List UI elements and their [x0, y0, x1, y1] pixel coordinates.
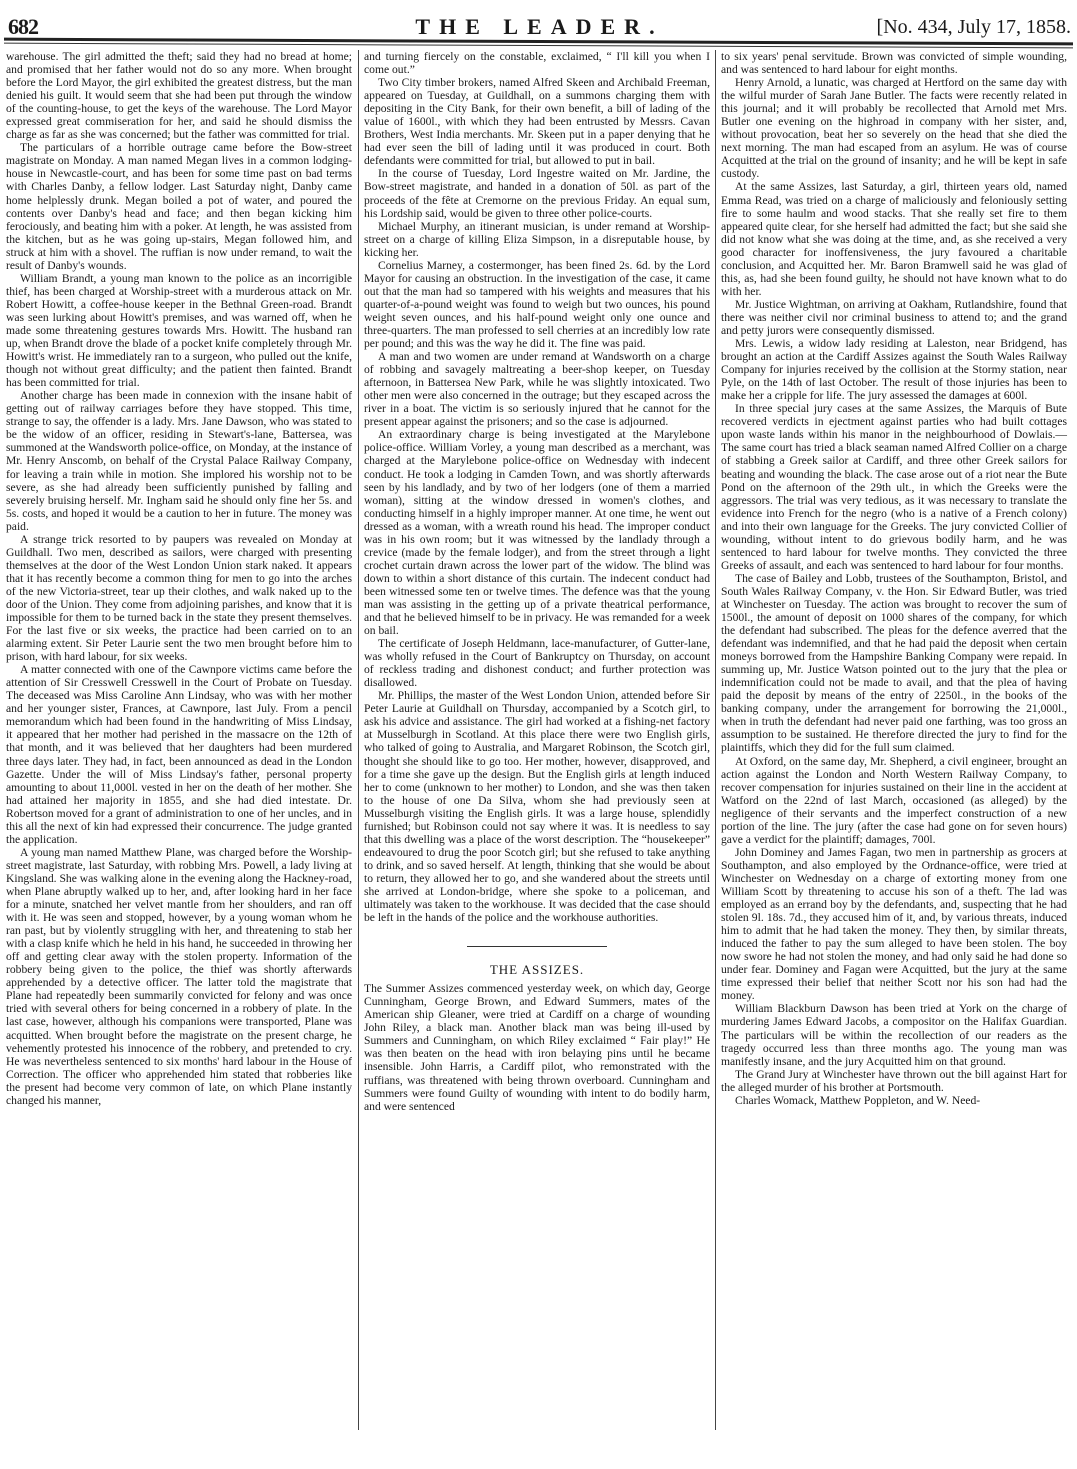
paragraph: At the same Assizes, last Saturday, a gi… [721, 180, 1067, 297]
paragraph: Henry Arnold, a lunatic, was charged at … [721, 76, 1067, 180]
paragraph: A man and two women are under remand at … [364, 350, 710, 428]
paragraph: John Dominey and James Fagan, two men in… [721, 846, 1067, 1003]
paragraph: A matter connected with one of the Cawnp… [6, 663, 352, 846]
paragraph: A strange trick resorted to by paupers w… [6, 533, 352, 663]
paragraph: A young man named Matthew Plane, was cha… [6, 846, 352, 1107]
paragraph: The certificate of Joseph Heldmann, lace… [364, 637, 710, 689]
masthead: 682 THE LEADER. [No. 434, July 17, 1858. [8, 14, 1071, 40]
column-2: and turning fiercely on the constable, e… [358, 50, 710, 1430]
paragraph: The particulars of a horrible outrage ca… [6, 141, 352, 271]
paragraph: Charles Womack, Matthew Poppleton, and W… [721, 1094, 1067, 1107]
paragraph: Mrs. Lewis, a widow lady residing at Lal… [721, 337, 1067, 402]
section-heading: THE ASSIZES. [364, 963, 710, 976]
paragraph: warehouse. The girl admitted the theft; … [6, 50, 352, 141]
paragraph: William Blackburn Dawson has been tried … [721, 1002, 1067, 1067]
paragraph: At Oxford, on the same day, Mr. Shepherd… [721, 755, 1067, 846]
paragraph: An extraordinary charge is being investi… [364, 428, 710, 637]
paragraph: Mr. Justice Wightman, on arriving at Oak… [721, 298, 1067, 337]
paragraph: Mr. Phillips, the master of the West Lon… [364, 689, 710, 924]
paragraph: Michael Murphy, an itinerant musician, i… [364, 220, 710, 259]
article-columns: warehouse. The girl admitted the theft; … [6, 50, 1072, 1460]
column-3: to six years' penal servitude. Brown was… [715, 50, 1067, 1430]
paragraph: and turning fiercely on the constable, e… [364, 50, 710, 76]
paragraph: In the course of Tuesday, Lord Ingestre … [364, 167, 710, 219]
issue-date: [No. 434, July 17, 1858. [877, 16, 1071, 39]
paragraph: Two City timber brokers, named Alfred Sk… [364, 76, 710, 167]
paragraph: The case of Bailey and Lobb, trustees of… [721, 572, 1067, 755]
paragraph: William Brandt, a young man known to the… [6, 272, 352, 389]
paragraph: In three special jury cases at the same … [721, 402, 1067, 572]
column-1: warehouse. The girl admitted the theft; … [6, 50, 352, 1107]
paragraph: to six years' penal servitude. Brown was… [721, 50, 1067, 76]
paragraph: The Grand Jury at Winchester have thrown… [721, 1068, 1067, 1094]
section-divider [467, 946, 607, 947]
paragraph: The Summer Assizes commenced yesterday w… [364, 982, 710, 1112]
paragraph: Another charge has been made in connexio… [6, 389, 352, 533]
paragraph: Cornelius Marney, a costermonger, has be… [364, 259, 710, 350]
